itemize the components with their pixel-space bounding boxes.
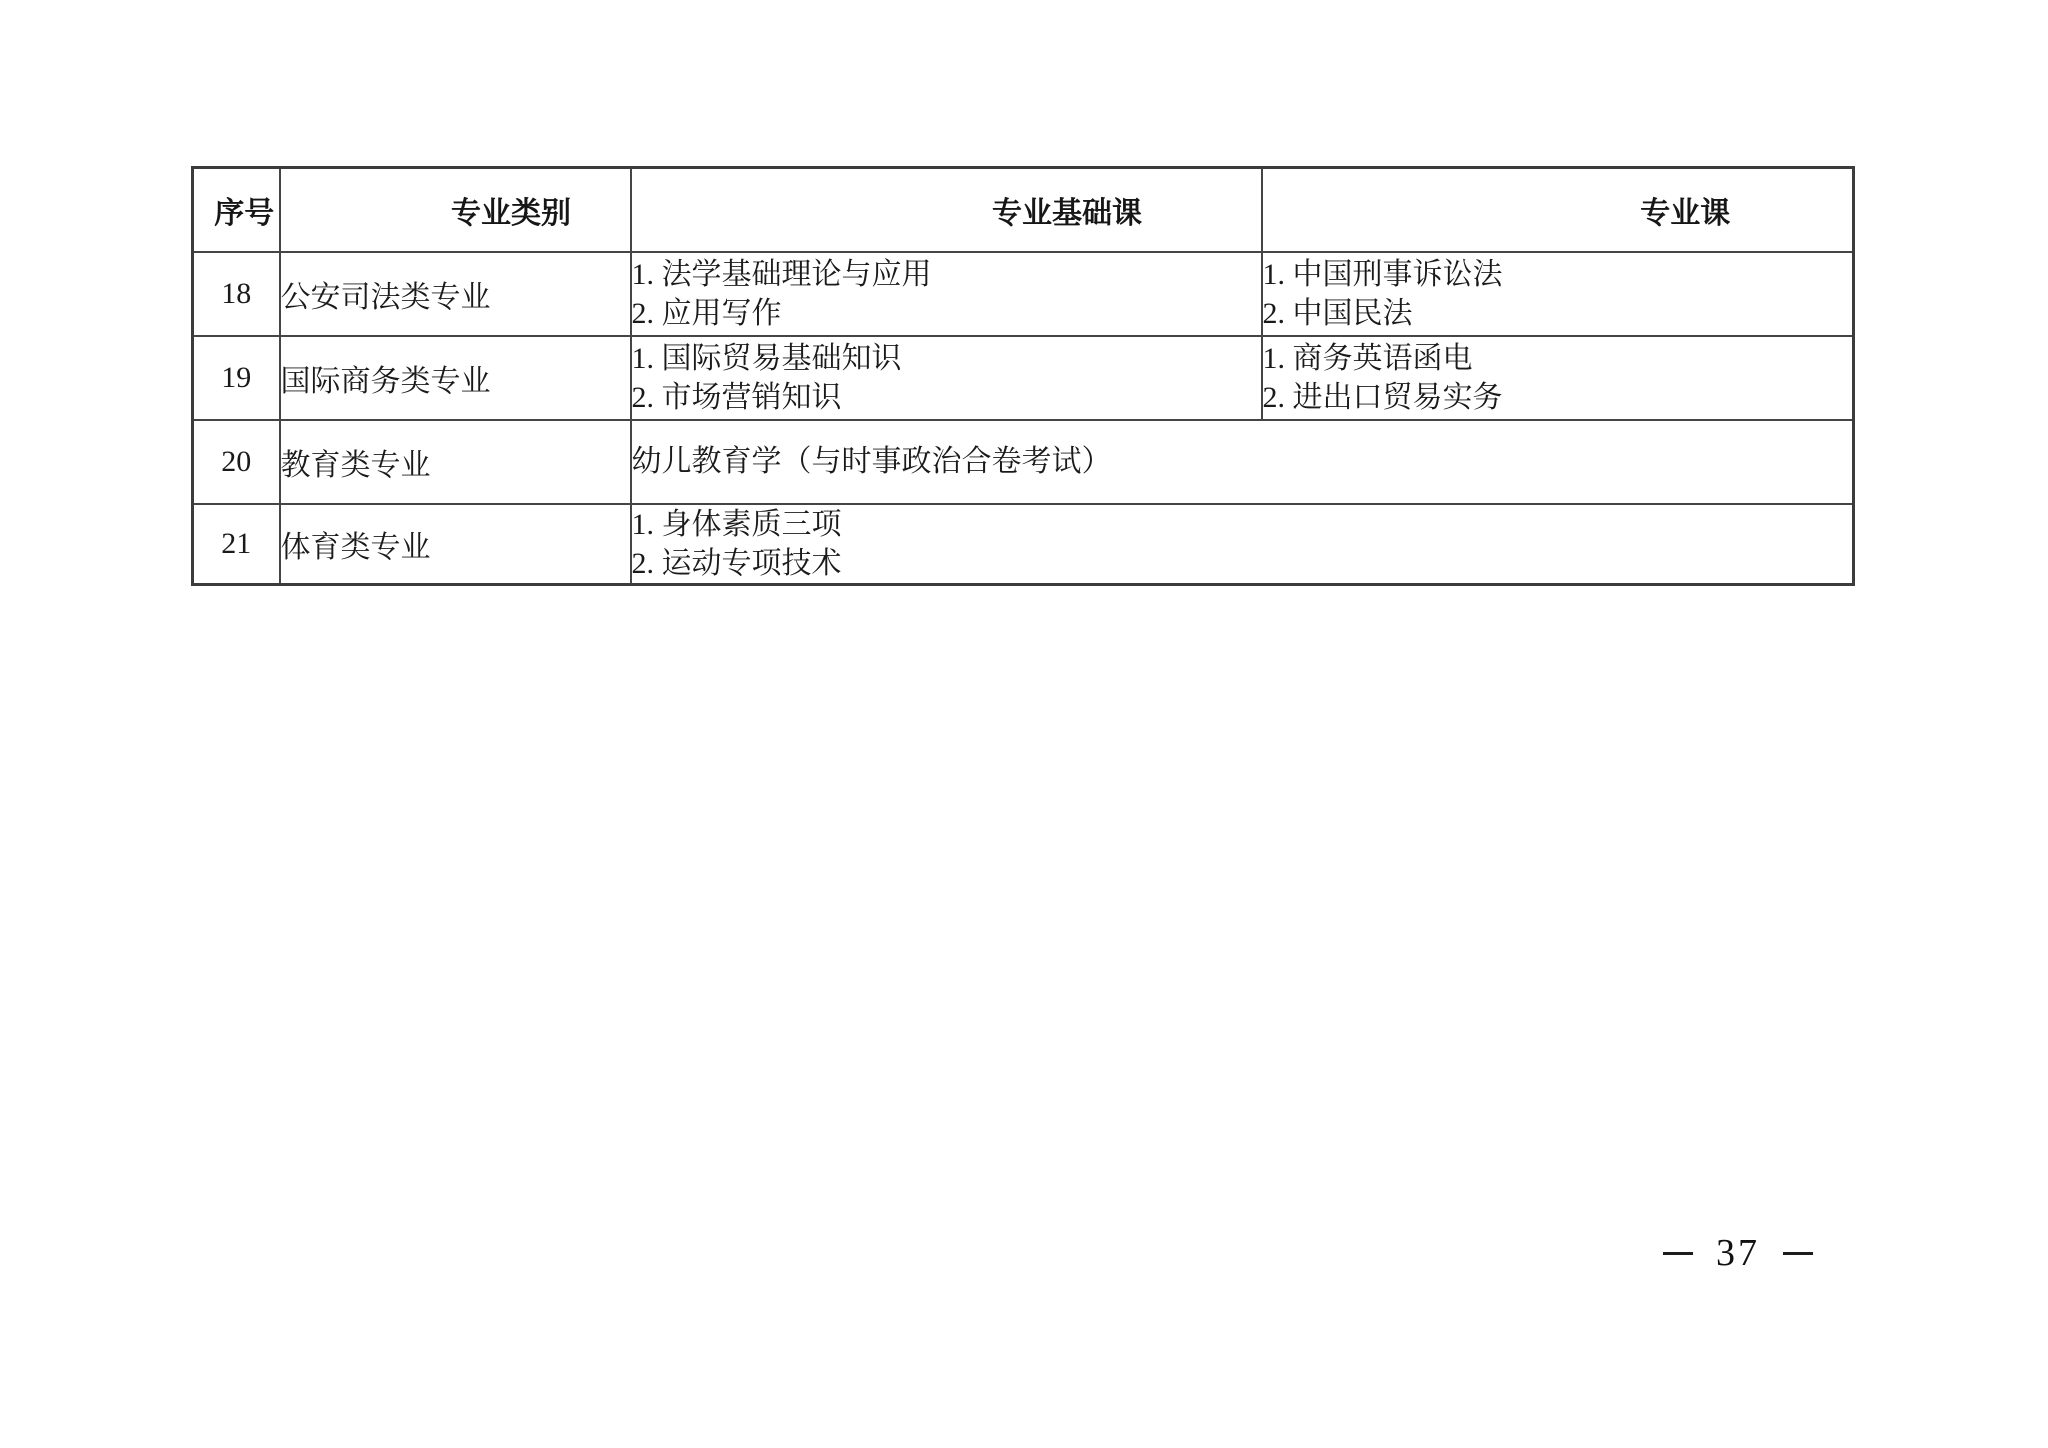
course-line: 2. 进出口贸易实务 <box>1263 378 1853 417</box>
header-major-courses-label: 专业课 <box>1640 188 1730 232</box>
header-serial-number: 序号 <box>193 168 280 252</box>
header-major-courses: 专业课 <box>1262 168 1854 252</box>
course-line: 2. 市场营销知识 <box>632 378 1261 417</box>
course-line: 2. 运动专项技术 <box>632 544 1853 583</box>
header-major-category-label: 专业类别 <box>451 188 571 232</box>
document-page: 序号 专业类别 专业基础课 专业课 18 公安司法类专业 1. 法学基础理论与应… <box>0 0 2048 1448</box>
serial-number-cell: 20 <box>193 420 280 504</box>
header-major-category: 专业类别 <box>280 168 631 252</box>
course-line: 2. 中国民法 <box>1263 294 1853 333</box>
category-cell: 教育类专业 <box>280 420 631 504</box>
category-cell: 国际商务类专业 <box>280 336 631 420</box>
course-line: 1. 商务英语函电 <box>1263 339 1853 378</box>
table-header-row: 序号 专业类别 专业基础课 专业课 <box>193 168 1854 252</box>
page-number-value: 37 <box>1716 1234 1760 1272</box>
serial-number-cell: 18 <box>193 252 280 336</box>
serial-number-cell: 21 <box>193 504 280 585</box>
table-row-20: 20 教育类专业 幼儿教育学（与时事政治合卷考试） <box>193 420 1854 504</box>
basic-courses-cell: 1. 法学基础理论与应用 2. 应用写作 <box>631 252 1262 336</box>
category-cell: 公安司法类专业 <box>280 252 631 336</box>
serial-number-cell: 19 <box>193 336 280 420</box>
header-basic-courses-label: 专业基础课 <box>992 188 1142 232</box>
merged-courses-cell: 幼儿教育学（与时事政治合卷考试） <box>631 420 1854 504</box>
page-number-dash-right-icon <box>1783 1252 1813 1255</box>
table-row-19: 19 国际商务类专业 1. 国际贸易基础知识 2. 市场营销知识 1. 商务英语… <box>193 336 1854 420</box>
major-courses-cell: 1. 商务英语函电 2. 进出口贸易实务 <box>1262 336 1854 420</box>
basic-courses-cell: 1. 国际贸易基础知识 2. 市场营销知识 <box>631 336 1262 420</box>
course-line: 2. 应用写作 <box>632 294 1261 333</box>
header-basic-courses: 专业基础课 <box>631 168 1262 252</box>
course-line: 1. 中国刑事诉讼法 <box>1263 255 1853 294</box>
page-number: 37 <box>1663 1234 1813 1272</box>
table-row-21: 21 体育类专业 1. 身体素质三项 2. 运动专项技术 <box>193 504 1854 585</box>
major-courses-cell: 1. 中国刑事诉讼法 2. 中国民法 <box>1262 252 1854 336</box>
course-line: 1. 国际贸易基础知识 <box>632 339 1261 378</box>
page-number-dash-left-icon <box>1663 1252 1693 1255</box>
category-cell: 体育类专业 <box>280 504 631 585</box>
header-serial-number-label: 序号 <box>214 188 274 232</box>
table-row-18: 18 公安司法类专业 1. 法学基础理论与应用 2. 应用写作 1. 中国刑事诉… <box>193 252 1854 336</box>
course-line: 幼儿教育学（与时事政治合卷考试） <box>632 442 1853 481</box>
exam-subjects-table: 序号 专业类别 专业基础课 专业课 18 公安司法类专业 1. 法学基础理论与应… <box>191 166 1855 586</box>
course-line: 1. 法学基础理论与应用 <box>632 255 1261 294</box>
merged-courses-cell: 1. 身体素质三项 2. 运动专项技术 <box>631 504 1854 585</box>
course-line: 1. 身体素质三项 <box>632 505 1853 544</box>
